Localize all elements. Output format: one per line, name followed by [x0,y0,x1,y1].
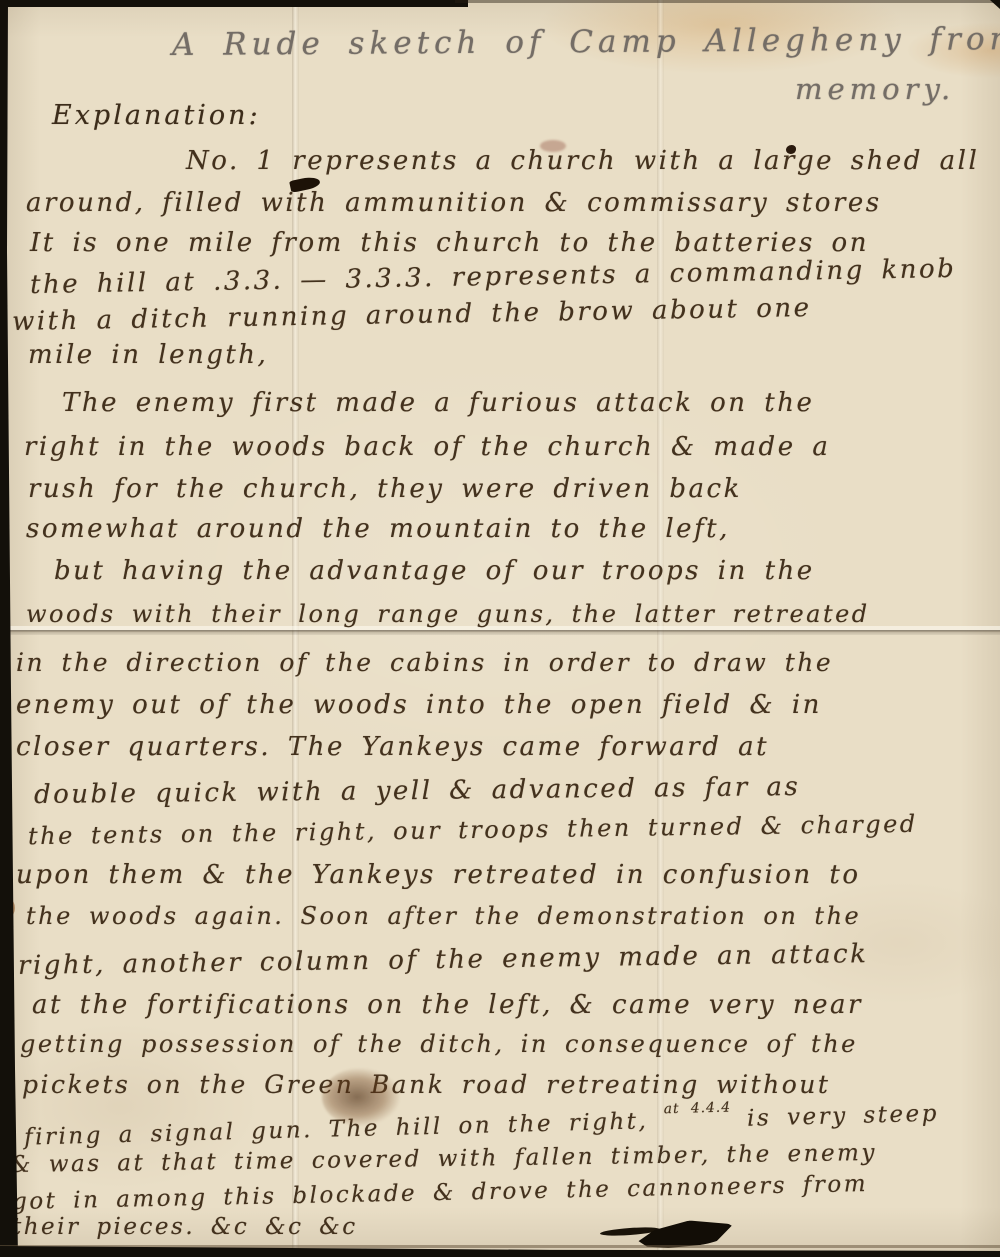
superscript-annotation: at 4.4.4 [664,1099,732,1117]
handwritten-line: The enemy first made a furious attack on… [62,388,814,418]
handwritten-line: but having the advantage of our troops i… [54,556,815,586]
brown-ink-stain [322,1068,400,1126]
handwritten-line: enemy out of the woods into the open fie… [16,690,822,720]
scanned-letter-page: A Rude sketch of Camp Allegheny from mem… [0,0,1000,1257]
ink-spot [786,145,796,154]
letter-title-line1: A Rude sketch of Camp Allegheny from [172,21,1000,63]
handwritten-line: somewhat around the mountain to the left… [26,514,730,544]
handwritten-line: around, filled with ammunition & commiss… [26,188,882,218]
handwritten-line: No. 1 represents a church with a large s… [186,146,979,176]
scan-edge-top [0,0,468,7]
handwritten-line: closer quarters. The Yankeys came forwar… [16,732,769,762]
faint-stain [540,140,566,152]
handwritten-line: in the direction of the cabins in order … [16,648,833,677]
explanation-heading: Explanation: [52,100,261,131]
handwritten-line: mile in length, [28,340,268,370]
handwritten-line: their pieces. &c &c &c [12,1214,358,1240]
handwritten-line: upon them & the Yankeys retreated in con… [16,860,861,890]
handwritten-line: at the fortifications on the left, & cam… [32,990,863,1020]
handwritten-line: rush for the church, they were driven ba… [28,474,742,504]
handwritten-line: right in the woods back of the church & … [24,432,830,462]
handwritten-line: the woods again. Soon after the demonstr… [26,902,861,930]
handwritten-line: pickets on the Green Bank road retreatin… [22,1070,830,1099]
handwritten-line: getting possession of the ditch, in cons… [20,1030,858,1058]
handwritten-line: woods with their long range guns, the la… [26,600,870,628]
handwritten-line: It is one mile from this church to the b… [30,228,869,258]
scan-edge-top-thin [455,0,1000,3]
letter-title-line2: memory. [795,72,955,106]
